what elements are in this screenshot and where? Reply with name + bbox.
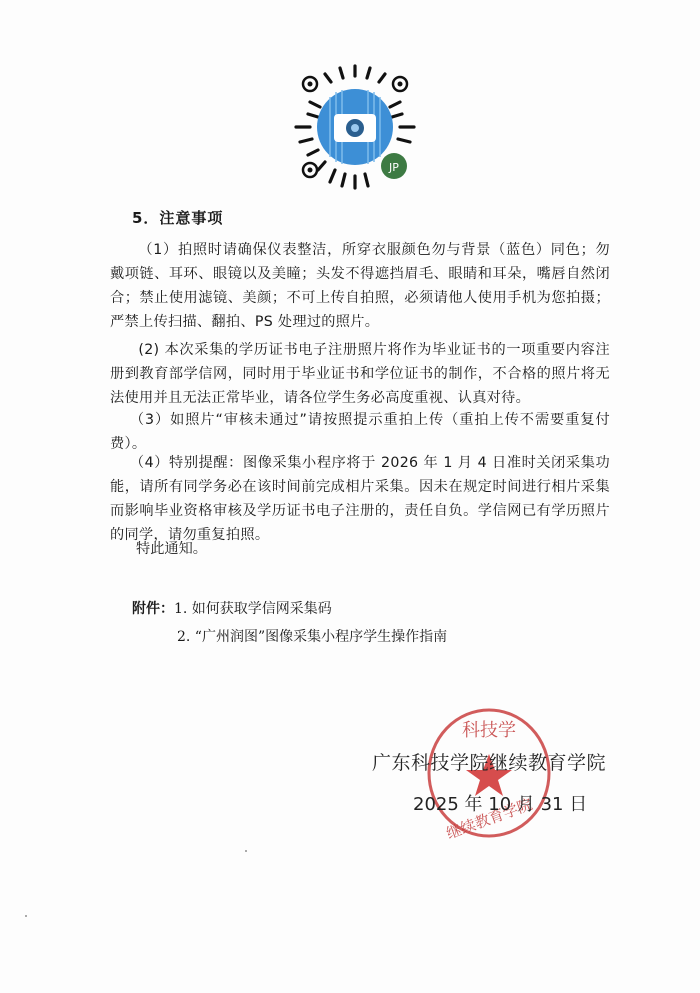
notice-paragraph-1: （1）拍照时请确保仪表整洁，所穿衣服颜色勿与背景（蓝色）同色；勿戴项链、耳环、眼… [110,238,610,334]
section-heading: 5．注意事项 [132,207,223,228]
notice-paragraph-2: (2) 本次采集的学历证书电子注册照片将作为毕业证书的一项重要内容注册到教育部学… [110,338,610,410]
attachment-item-1-text: 1. 如何获取学信网采集码 [174,601,332,617]
svg-text:JP: JP [388,161,399,174]
closing-text: 特此通知。 [136,538,207,558]
attachment-item-1: 附件：1. 如何获取学信网采集码 [132,598,332,618]
notice-paragraph-3: （3）如照片“审核未通过”请按照提示重拍上传（重拍上传不需要重复付费）。 [110,408,610,456]
attachment-item-2: 2. “广州润图”图像采集小程序学生操作指南 [177,626,447,646]
document-page: JP 5．注意事项 （1）拍照时请确保仪表整洁，所穿衣服颜色勿与背景（蓝色）同色… [0,0,700,993]
signature-date: 2025 年 10 月 31 日 [413,790,587,816]
signature-organization: 广东科技学院继续教育学院 [372,748,606,775]
scan-speck [25,915,27,917]
mini-program-code-icon: JP [290,62,420,192]
notice-paragraph-4: （4）特别提醒：图像采集小程序将于 2026 年 1 月 4 日准时关闭采集功能… [110,451,610,547]
scan-speck [245,850,247,852]
attachment-label: 附件： [132,601,174,617]
svg-text:科技学: 科技学 [462,720,516,741]
